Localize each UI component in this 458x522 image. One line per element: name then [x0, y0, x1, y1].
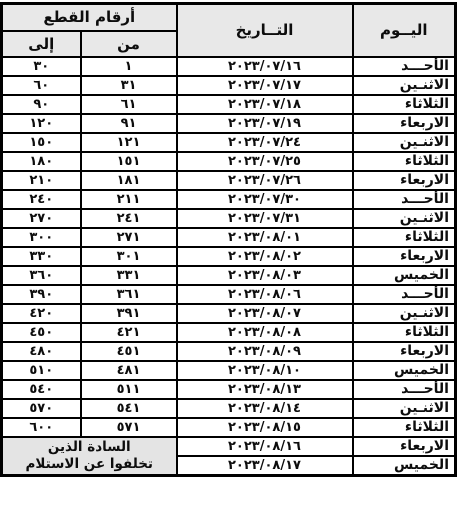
- date-value: ٢٠٢٣/٠٨/٠٦: [227, 287, 300, 302]
- table-row: الخميس٢٠٢٣/٠٨/١٠٤٨١٥١٠: [1, 361, 455, 380]
- from-cell: ٦١: [80, 95, 176, 114]
- to-cell: ٣٣٠: [1, 247, 80, 266]
- table-row: الاربعاء٢٠٢٣/٠٨/٠٩٤٥١٤٨٠: [1, 342, 455, 361]
- document-sheet: اليــوم التــاريخ أرقام القطع من إلى الأ…: [0, 0, 458, 522]
- table-row: الثلاثاء٢٠٢٣/٠٨/١٥٥٧١٦٠٠: [1, 418, 455, 437]
- date-cell: ٢٠٢٣/٠٧/٢٥: [176, 152, 352, 171]
- from-cell: ١٥١: [80, 152, 176, 171]
- date-value: ٢٠٢٣/٠٨/١٣: [227, 382, 300, 397]
- day-cell: الاثنـين: [352, 133, 455, 152]
- date-value: ٢٠٢٣/٠٨/٠٧: [227, 306, 300, 321]
- from-cell: ٤٥١: [80, 342, 176, 361]
- to-cell: ٣٩٠: [1, 285, 80, 304]
- date-cell: ٢٠٢٣/٠٧/١٩: [176, 114, 352, 133]
- from-column-header: من: [80, 31, 176, 57]
- date-cell: ٢٠٢٣/٠٨/١٤: [176, 399, 352, 418]
- date-cell: ٢٠٢٣/٠٨/٠٢: [176, 247, 352, 266]
- date-cell: ٢٠٢٣/٠٨/١٧: [176, 456, 352, 476]
- date-value: ٢٠٢٣/٠٨/١٠: [227, 363, 300, 378]
- date-cell: ٢٠٢٣/٠٧/٢٦: [176, 171, 352, 190]
- date-value: ٢٠٢٣/٠٨/٠٢: [227, 249, 300, 264]
- date-value: ٢٠٢٣/٠٨/١٧: [227, 458, 300, 473]
- date-cell: ٢٠٢٣/٠٧/١٦: [176, 57, 352, 76]
- table-row: الاثنـين٢٠٢٣/٠٧/٣١٢٤١٢٧٠: [1, 209, 455, 228]
- from-cell: ٣٠١: [80, 247, 176, 266]
- day-cell: الثلاثاء: [352, 152, 455, 171]
- date-cell: ٢٠٢٣/٠٨/١٣: [176, 380, 352, 399]
- to-cell: ١٢٠: [1, 114, 80, 133]
- table-row: الثلاثاء٢٠٢٣/٠٨/٠١٢٧١٣٠٠: [1, 228, 455, 247]
- from-cell: ٥٤١: [80, 399, 176, 418]
- day-cell: الخميس: [352, 456, 455, 476]
- date-value: ٢٠٢٣/٠٧/٣٠: [227, 192, 300, 207]
- table-row: الاثنـين٢٠٢٣/٠٨/٠٧٣٩١٤٢٠: [1, 304, 455, 323]
- day-cell: الاربعاء: [352, 171, 455, 190]
- from-cell: ٩١: [80, 114, 176, 133]
- date-cell: ٢٠٢٣/٠٧/١٨: [176, 95, 352, 114]
- footer-note-cell: السادة الذينتخلفوا عن الاستلام: [1, 437, 176, 476]
- to-column-header: إلى: [1, 31, 80, 57]
- date-cell: ٢٠٢٣/٠٨/٠١: [176, 228, 352, 247]
- to-cell: ٢١٠: [1, 171, 80, 190]
- date-cell: ٢٠٢٣/٠٨/١٠: [176, 361, 352, 380]
- day-cell: الاربعاء: [352, 114, 455, 133]
- from-cell: ٤٨١: [80, 361, 176, 380]
- table-row: الاربعاء٢٠٢٣/٠٨/٠٢٣٠١٣٣٠: [1, 247, 455, 266]
- from-cell: ٣٦١: [80, 285, 176, 304]
- to-cell: ٣٦٠: [1, 266, 80, 285]
- date-value: ٢٠٢٣/٠٨/١٥: [227, 420, 300, 435]
- day-cell: الاثنـين: [352, 399, 455, 418]
- date-value: ٢٠٢٣/٠٧/١٦: [227, 59, 300, 74]
- table-row: الخميس٢٠٢٣/٠٨/٠٣٣٣١٣٦٠: [1, 266, 455, 285]
- date-cell: ٢٠٢٣/٠٧/٣١: [176, 209, 352, 228]
- table-row: الاربعاء٢٠٢٣/٠٧/١٩٩١١٢٠: [1, 114, 455, 133]
- footer-note-line1: السادة الذين: [2, 439, 175, 456]
- from-cell: ١٨١: [80, 171, 176, 190]
- day-cell: الاثنـين: [352, 304, 455, 323]
- date-value: ٢٠٢٣/٠٧/١٩: [227, 116, 300, 131]
- table-row: الثلاثاء٢٠٢٣/٠٨/٠٨٤٢١٤٥٠: [1, 323, 455, 342]
- date-cell: ٢٠٢٣/٠٨/١٦: [176, 437, 352, 456]
- day-cell: الاثنـين: [352, 76, 455, 95]
- table-row: الأحـــد٢٠٢٣/٠٨/١٣٥١١٥٤٠: [1, 380, 455, 399]
- date-cell: ٢٠٢٣/٠٨/١٥: [176, 418, 352, 437]
- day-cell: الثلاثاء: [352, 228, 455, 247]
- day-column-header: اليــوم: [352, 4, 455, 57]
- date-cell: ٢٠٢٣/٠٨/٠٧: [176, 304, 352, 323]
- date-value: ٢٠٢٣/٠٨/١٤: [227, 401, 300, 416]
- day-cell: الأحـــد: [352, 380, 455, 399]
- table-row: الاربعاء٢٠٢٣/٠٨/١٦السادة الذينتخلفوا عن …: [1, 437, 455, 456]
- to-cell: ٥١٠: [1, 361, 80, 380]
- day-cell: الخميس: [352, 266, 455, 285]
- day-cell: الاربعاء: [352, 342, 455, 361]
- date-cell: ٢٠٢٣/٠٧/٣٠: [176, 190, 352, 209]
- date-value: ٢٠٢٣/٠٨/٠٩: [227, 344, 300, 359]
- day-cell: الخميس: [352, 361, 455, 380]
- table-row: الثلاثاء٢٠٢٣/٠٧/١٨٦١٩٠: [1, 95, 455, 114]
- to-cell: ٢٧٠: [1, 209, 80, 228]
- date-cell: ٢٠٢٣/٠٨/٠٨: [176, 323, 352, 342]
- from-cell: ٥١١: [80, 380, 176, 399]
- day-cell: الاربعاء: [352, 437, 455, 456]
- table-row: الأحـــد٢٠٢٣/٠٨/٠٦٣٦١٣٩٠: [1, 285, 455, 304]
- to-cell: ٤٢٠: [1, 304, 80, 323]
- date-value: ٢٠٢٣/٠٧/٣١: [227, 211, 300, 226]
- to-cell: ٣٠٠: [1, 228, 80, 247]
- date-cell: ٢٠٢٣/٠٨/٠٣: [176, 266, 352, 285]
- table-row: الأحـــد٢٠٢٣/٠٧/١٦١٣٠: [1, 57, 455, 76]
- date-value: ٢٠٢٣/٠٧/٢٤: [227, 135, 300, 150]
- day-cell: الثلاثاء: [352, 418, 455, 437]
- table-row: الاربعاء٢٠٢٣/٠٧/٢٦١٨١٢١٠: [1, 171, 455, 190]
- footer-note-line2: تخلفوا عن الاستلام: [2, 456, 175, 473]
- table-row: الثلاثاء٢٠٢٣/٠٧/٢٥١٥١١٨٠: [1, 152, 455, 171]
- header-row-1: اليــوم التــاريخ أرقام القطع: [1, 4, 455, 31]
- day-cell: الأحـــد: [352, 285, 455, 304]
- table-body: الأحـــد٢٠٢٣/٠٧/١٦١٣٠الاثنـين٢٠٢٣/٠٧/١٧٣…: [1, 57, 455, 476]
- day-cell: الثلاثاء: [352, 323, 455, 342]
- from-cell: ٢١١: [80, 190, 176, 209]
- from-cell: ٥٧١: [80, 418, 176, 437]
- to-cell: ٥٧٠: [1, 399, 80, 418]
- date-value: ٢٠٢٣/٠٧/١٧: [227, 78, 300, 93]
- date-value: ٢٠٢٣/٠٧/٢٦: [227, 173, 300, 188]
- table-row: الاثنـين٢٠٢٣/٠٧/٢٤١٢١١٥٠: [1, 133, 455, 152]
- to-cell: ٩٠: [1, 95, 80, 114]
- date-value: ٢٠٢٣/٠٨/٠٣: [227, 268, 300, 283]
- from-cell: ٢٤١: [80, 209, 176, 228]
- distribution-schedule-table: اليــوم التــاريخ أرقام القطع من إلى الأ…: [0, 2, 456, 477]
- day-cell: الاربعاء: [352, 247, 455, 266]
- from-cell: ١٢١: [80, 133, 176, 152]
- from-cell: ١: [80, 57, 176, 76]
- from-cell: ٢٧١: [80, 228, 176, 247]
- to-cell: ٥٤٠: [1, 380, 80, 399]
- table-header: اليــوم التــاريخ أرقام القطع من إلى: [1, 4, 455, 57]
- day-cell: الأحـــد: [352, 190, 455, 209]
- date-value: ٢٠٢٣/٠٧/١٨: [227, 97, 300, 112]
- to-cell: ١٥٠: [1, 133, 80, 152]
- date-value: ٢٠٢٣/٠٨/٠١: [227, 230, 300, 245]
- to-cell: ٦٠٠: [1, 418, 80, 437]
- day-cell: الأحـــد: [352, 57, 455, 76]
- table-row: الأحـــد٢٠٢٣/٠٧/٣٠٢١١٢٤٠: [1, 190, 455, 209]
- table-row: الاثنـين٢٠٢٣/٠٧/١٧٣١٦٠: [1, 76, 455, 95]
- date-value: ٢٠٢٣/٠٨/٠٨: [227, 325, 300, 340]
- table-row: الاثنـين٢٠٢٣/٠٨/١٤٥٤١٥٧٠: [1, 399, 455, 418]
- from-cell: ٣١: [80, 76, 176, 95]
- to-cell: ١٨٠: [1, 152, 80, 171]
- date-cell: ٢٠٢٣/٠٨/٠٩: [176, 342, 352, 361]
- from-cell: ٣٩١: [80, 304, 176, 323]
- from-cell: ٣٣١: [80, 266, 176, 285]
- date-column-header: التــاريخ: [176, 4, 352, 57]
- date-cell: ٢٠٢٣/٠٧/١٧: [176, 76, 352, 95]
- from-cell: ٤٢١: [80, 323, 176, 342]
- date-value: ٢٠٢٣/٠٧/٢٥: [227, 154, 300, 169]
- numbers-group-header: أرقام القطع: [1, 4, 176, 31]
- to-cell: ٦٠: [1, 76, 80, 95]
- day-cell: الثلاثاء: [352, 95, 455, 114]
- date-value: ٢٠٢٣/٠٨/١٦: [227, 439, 300, 454]
- date-cell: ٢٠٢٣/٠٨/٠٦: [176, 285, 352, 304]
- to-cell: ٤٥٠: [1, 323, 80, 342]
- to-cell: ٢٤٠: [1, 190, 80, 209]
- to-cell: ٤٨٠: [1, 342, 80, 361]
- to-cell: ٣٠: [1, 57, 80, 76]
- day-cell: الاثنـين: [352, 209, 455, 228]
- date-cell: ٢٠٢٣/٠٧/٢٤: [176, 133, 352, 152]
